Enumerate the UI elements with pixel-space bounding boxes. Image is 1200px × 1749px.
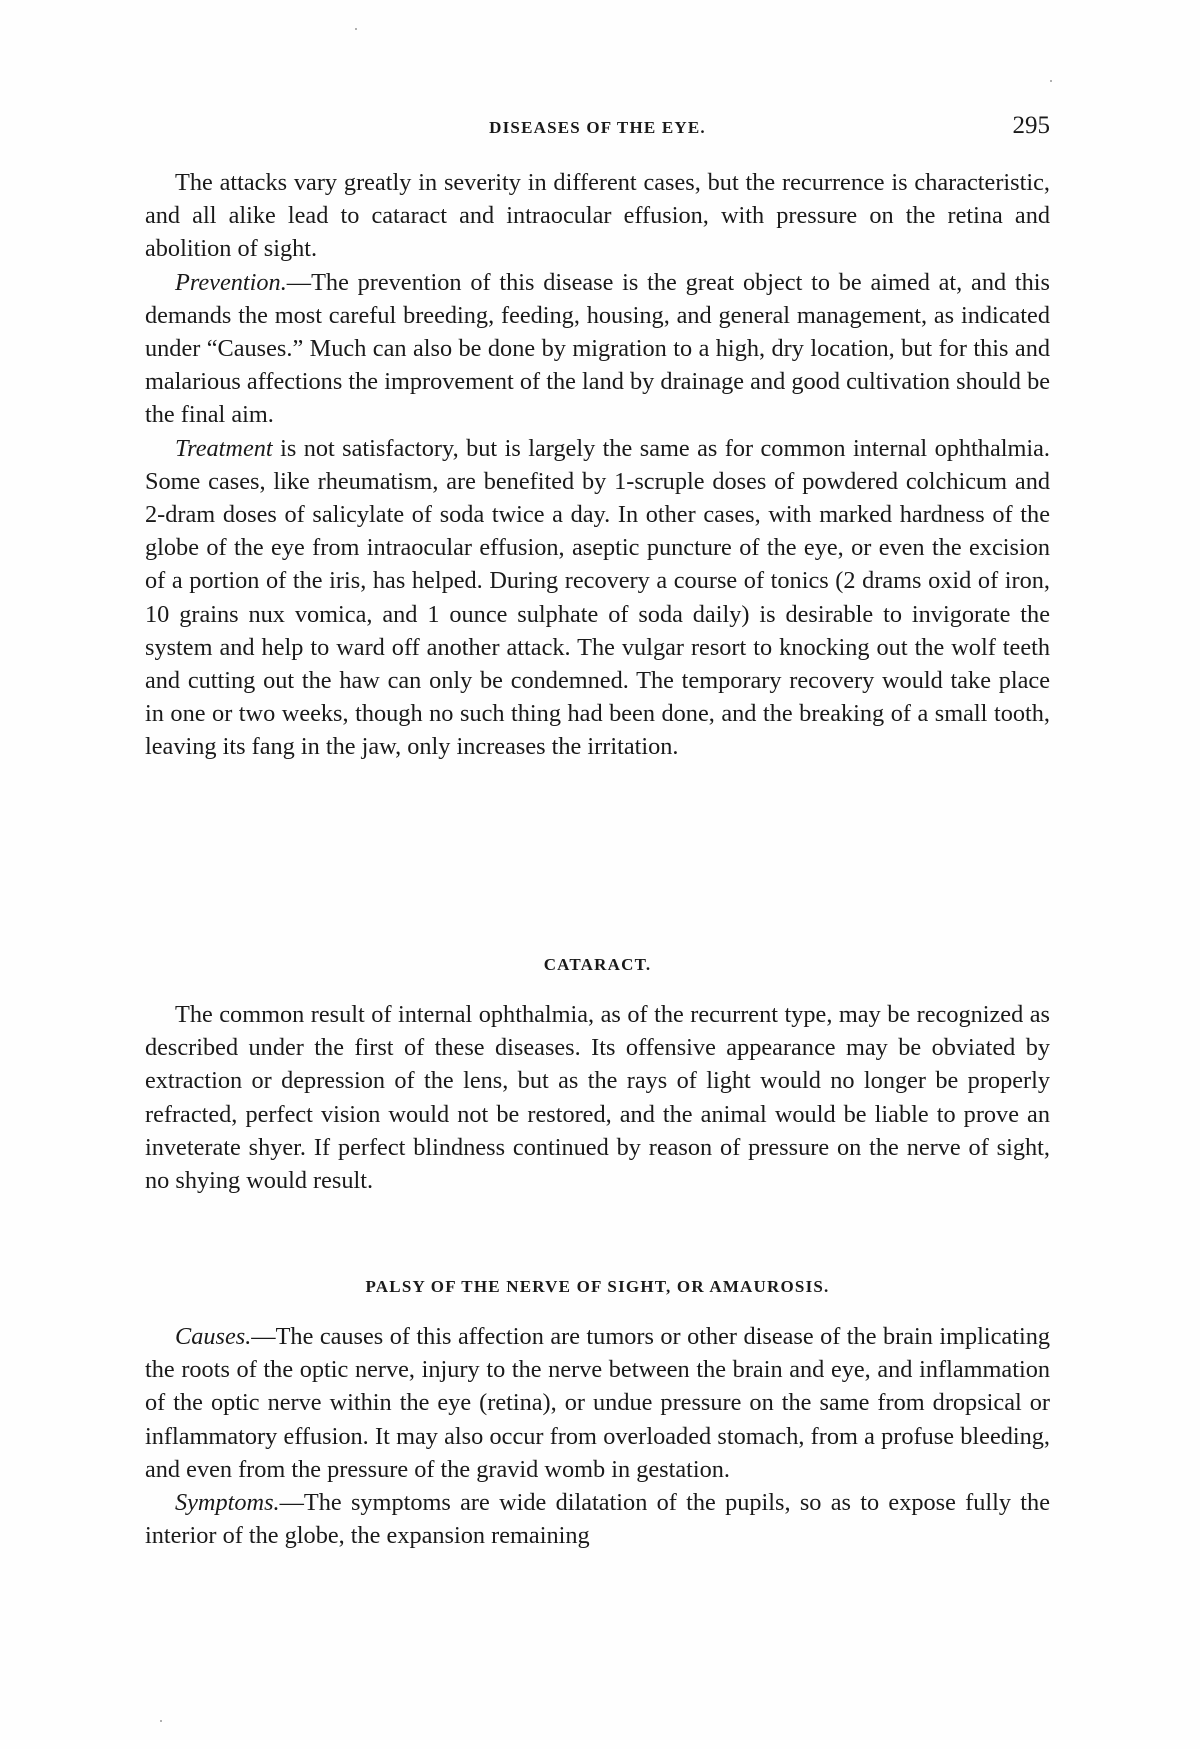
scan-speck — [1050, 80, 1052, 82]
section-heading-palsy: PALSY OF THE NERVE OF SIGHT, OR AMAUROSI… — [145, 1270, 1050, 1303]
book-page: DISEASES OF THE EYE. 295 The attacks var… — [0, 0, 1200, 1749]
recurrent-ophthalmia-continuation: The attacks vary greatly in severity in … — [145, 166, 1050, 764]
symptoms-label: Symptoms. — [175, 1489, 280, 1516]
prevention-label: Prevention. — [175, 269, 287, 296]
paragraph-symptoms: Symptoms.—The symptoms are wide dilatati… — [145, 1486, 1050, 1552]
running-head: DISEASES OF THE EYE. — [145, 118, 1050, 138]
palsy-section: Causes.—The causes of this affection are… — [145, 1320, 1050, 1552]
section-heading-cataract-wrap: CATARACT. — [145, 948, 1050, 981]
cataract-section: The common result of internal ophthalmia… — [145, 998, 1050, 1197]
section-heading-palsy-wrap: PALSY OF THE NERVE OF SIGHT, OR AMAUROSI… — [145, 1270, 1050, 1303]
treatment-label: Treatment — [175, 435, 273, 462]
causes-text: —The causes of this affection are tumors… — [145, 1323, 1050, 1483]
paragraph-prevention: Prevention.—The prevention of this disea… — [145, 266, 1050, 432]
page-number: 295 — [1013, 112, 1051, 140]
paragraph-attacks: The attacks vary greatly in severity in … — [145, 166, 1050, 266]
treatment-text: is not satisfactory, but is largely the … — [145, 435, 1050, 761]
scan-speck — [160, 1720, 162, 1722]
paragraph-cataract: The common result of internal ophthalmia… — [145, 998, 1050, 1197]
section-heading-cataract: CATARACT. — [145, 948, 1050, 981]
scan-speck — [355, 28, 357, 30]
causes-label: Causes. — [175, 1323, 251, 1350]
symptoms-text: —The symptoms are wide dilatation of the… — [145, 1489, 1050, 1549]
paragraph-causes: Causes.—The causes of this affection are… — [145, 1320, 1050, 1486]
page-header: DISEASES OF THE EYE. 295 — [145, 112, 1050, 142]
paragraph-treatment: Treatment is not satisfactory, but is la… — [145, 432, 1050, 764]
